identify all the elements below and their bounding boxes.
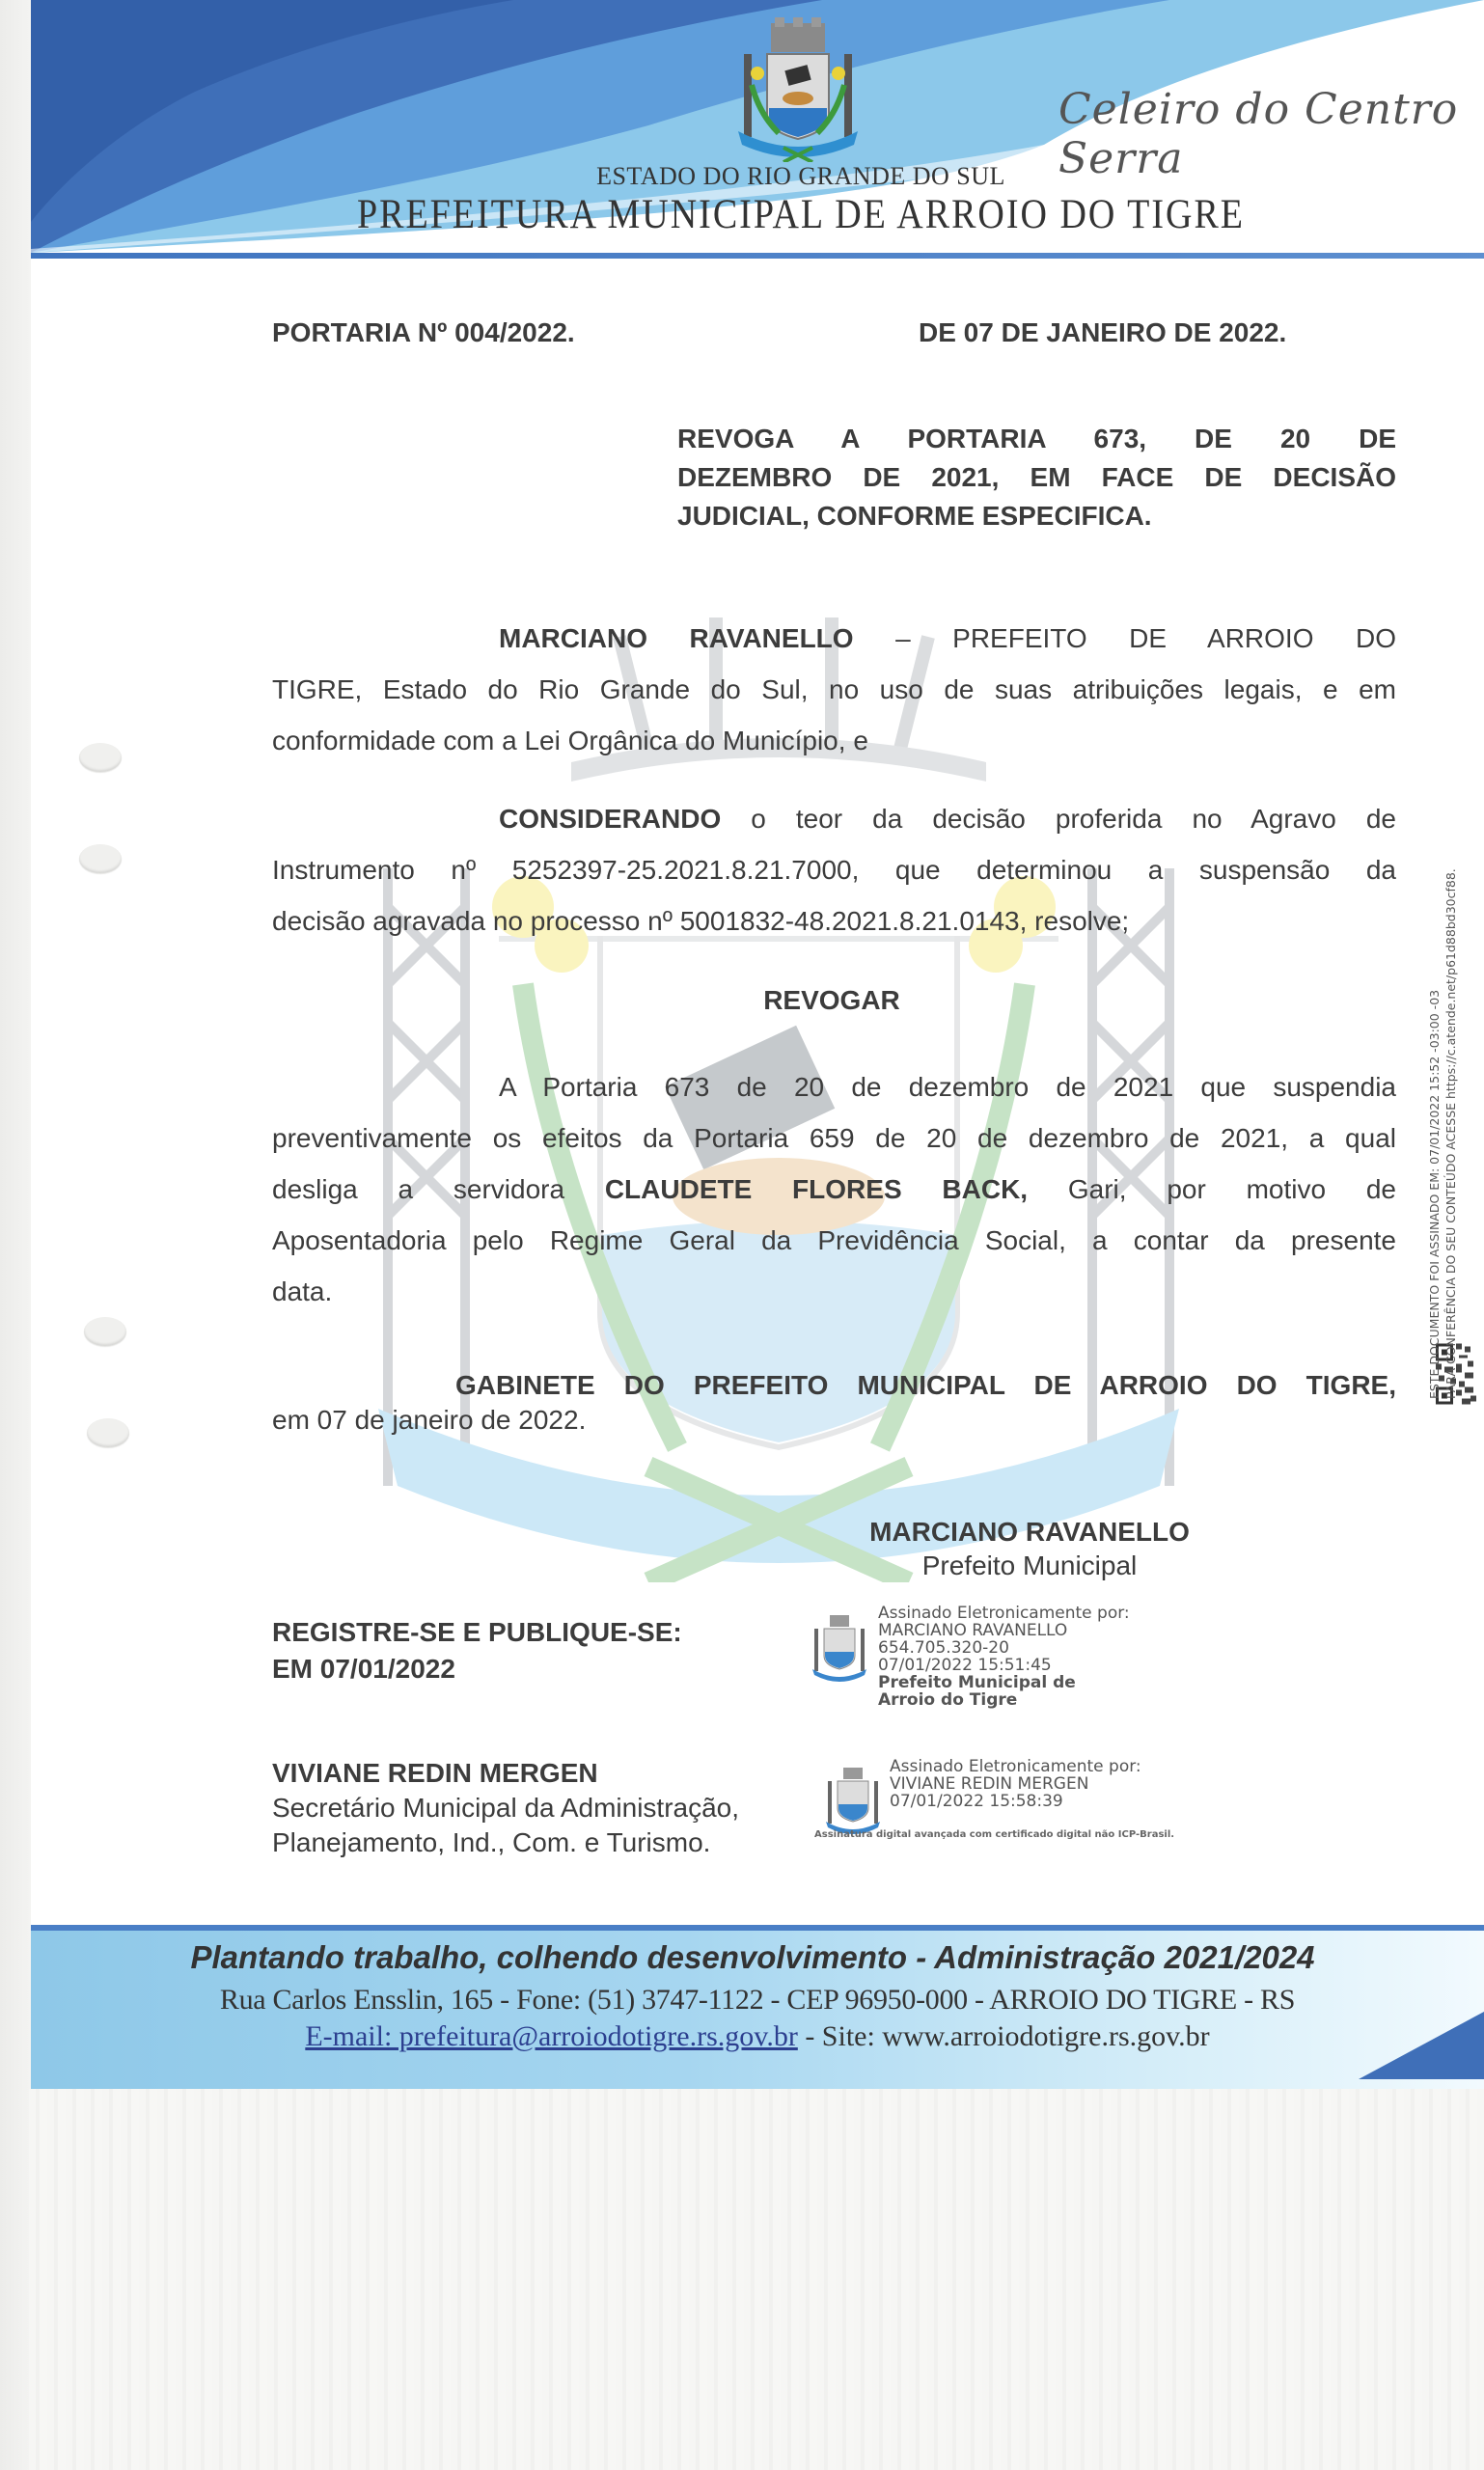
signature-note: Assinatura digital avançada com certific… (814, 1828, 1229, 1841)
footer-address: Rua Carlos Ensslin, 165 - Fone: (51) 374… (31, 1984, 1484, 2017)
action-heading: REVOGAR (31, 974, 1484, 1026)
mayor-name: MARCIANO RAVANELLO (499, 623, 854, 653)
e-signature-mayor: Assinado Eletronicamente por: MARCIANO R… (878, 1605, 1130, 1709)
footer-rule (31, 1925, 1484, 1931)
preamble-paragraph: MARCIANO RAVANELLO – PREFEITO DE ARROIO … (272, 613, 1396, 766)
state-name: ESTADO DO RIO GRANDE DO SUL (31, 162, 1484, 191)
signature-crest-icon (824, 1766, 882, 1835)
signatory-name: MARCIANO RAVANELLO (803, 1515, 1256, 1550)
punch-hole (79, 844, 122, 873)
verification-stamp: ESTE DOCUMENTO FOI ASSINADO EM: 07/01/20… (1426, 868, 1459, 1399)
header-rule (31, 253, 1484, 259)
summary-line: REVOGA A PORTARIA 673, DE 20 DE (677, 420, 1396, 458)
e-signature-secretary: Assinado Eletronicamente por: VIVIANE RE… (890, 1758, 1141, 1810)
considerando-paragraph: CONSIDERANDO o teor da decisão proferida… (272, 793, 1396, 947)
register-publish: REGISTRE-SE E PUBLIQUE-SE: EM 07/01/2022 (272, 1614, 682, 1688)
portaria-date: DE 07 DE JANEIRO DE 2022. (919, 307, 1286, 358)
punch-hole (79, 743, 122, 772)
punch-hole (87, 1418, 129, 1447)
cabinet-office: GABINETE DO PREFEITO MUNICIPAL DE ARROIO… (272, 1368, 1396, 1403)
summary-line: JUDICIAL, CONFORME ESPECIFICA. (677, 497, 1396, 535)
site-text: - Site: www.arroiodotigre.rs.gov.br (798, 2020, 1210, 2052)
secretary-block: VIVIANE REDIN MERGEN Secretário Municipa… (272, 1756, 739, 1860)
footer-slogan: Plantando trabalho, colhendo desenvolvim… (31, 1939, 1484, 1976)
portaria-summary: REVOGA A PORTARIA 673, DE 20 DE DEZEMBRO… (677, 420, 1396, 535)
summary-line: DEZEMBRO DE 2021, EM FACE DE DECISÃO (677, 458, 1396, 497)
closing-date: em 07 de janeiro de 2022. (272, 1403, 1396, 1438)
footer-contact: E-mail: prefeitura@arroiodotigre.rs.gov.… (31, 2020, 1484, 2053)
employee-name: CLAUDETE FLORES BACK, (605, 1174, 1028, 1204)
document-page: Celeiro do Centro Serra ESTADO DO RIO GR… (31, 0, 1484, 2089)
signature-crest-icon (811, 1613, 868, 1683)
body-paragraph: A Portaria 673 de 20 de dezembro de 2021… (272, 1061, 1396, 1317)
municipal-coat-of-arms-icon (730, 17, 866, 162)
closing-paragraph: GABINETE DO PREFEITO MUNICIPAL DE ARROIO… (272, 1368, 1396, 1438)
secretary-name: VIVIANE REDIN MERGEN (272, 1756, 739, 1791)
email-link[interactable]: E-mail: prefeitura@arroiodotigre.rs.gov.… (305, 2020, 798, 2052)
municipality-name: PREFEITURA MUNICIPAL DE ARROIO DO TIGRE (31, 190, 1484, 239)
scanner-background (29, 2089, 1484, 2470)
portaria-number: PORTARIA Nº 004/2022. (272, 307, 575, 358)
signatory-role: Prefeito Municipal (803, 1549, 1256, 1583)
verification-link[interactable]: PARA CONFERÊNCIA DO SEU CONTEÚDO ACESSE … (1443, 868, 1459, 1399)
punch-hole (84, 1317, 126, 1346)
considerando-keyword: CONSIDERANDO (499, 804, 721, 834)
scan-margin (0, 0, 29, 2470)
